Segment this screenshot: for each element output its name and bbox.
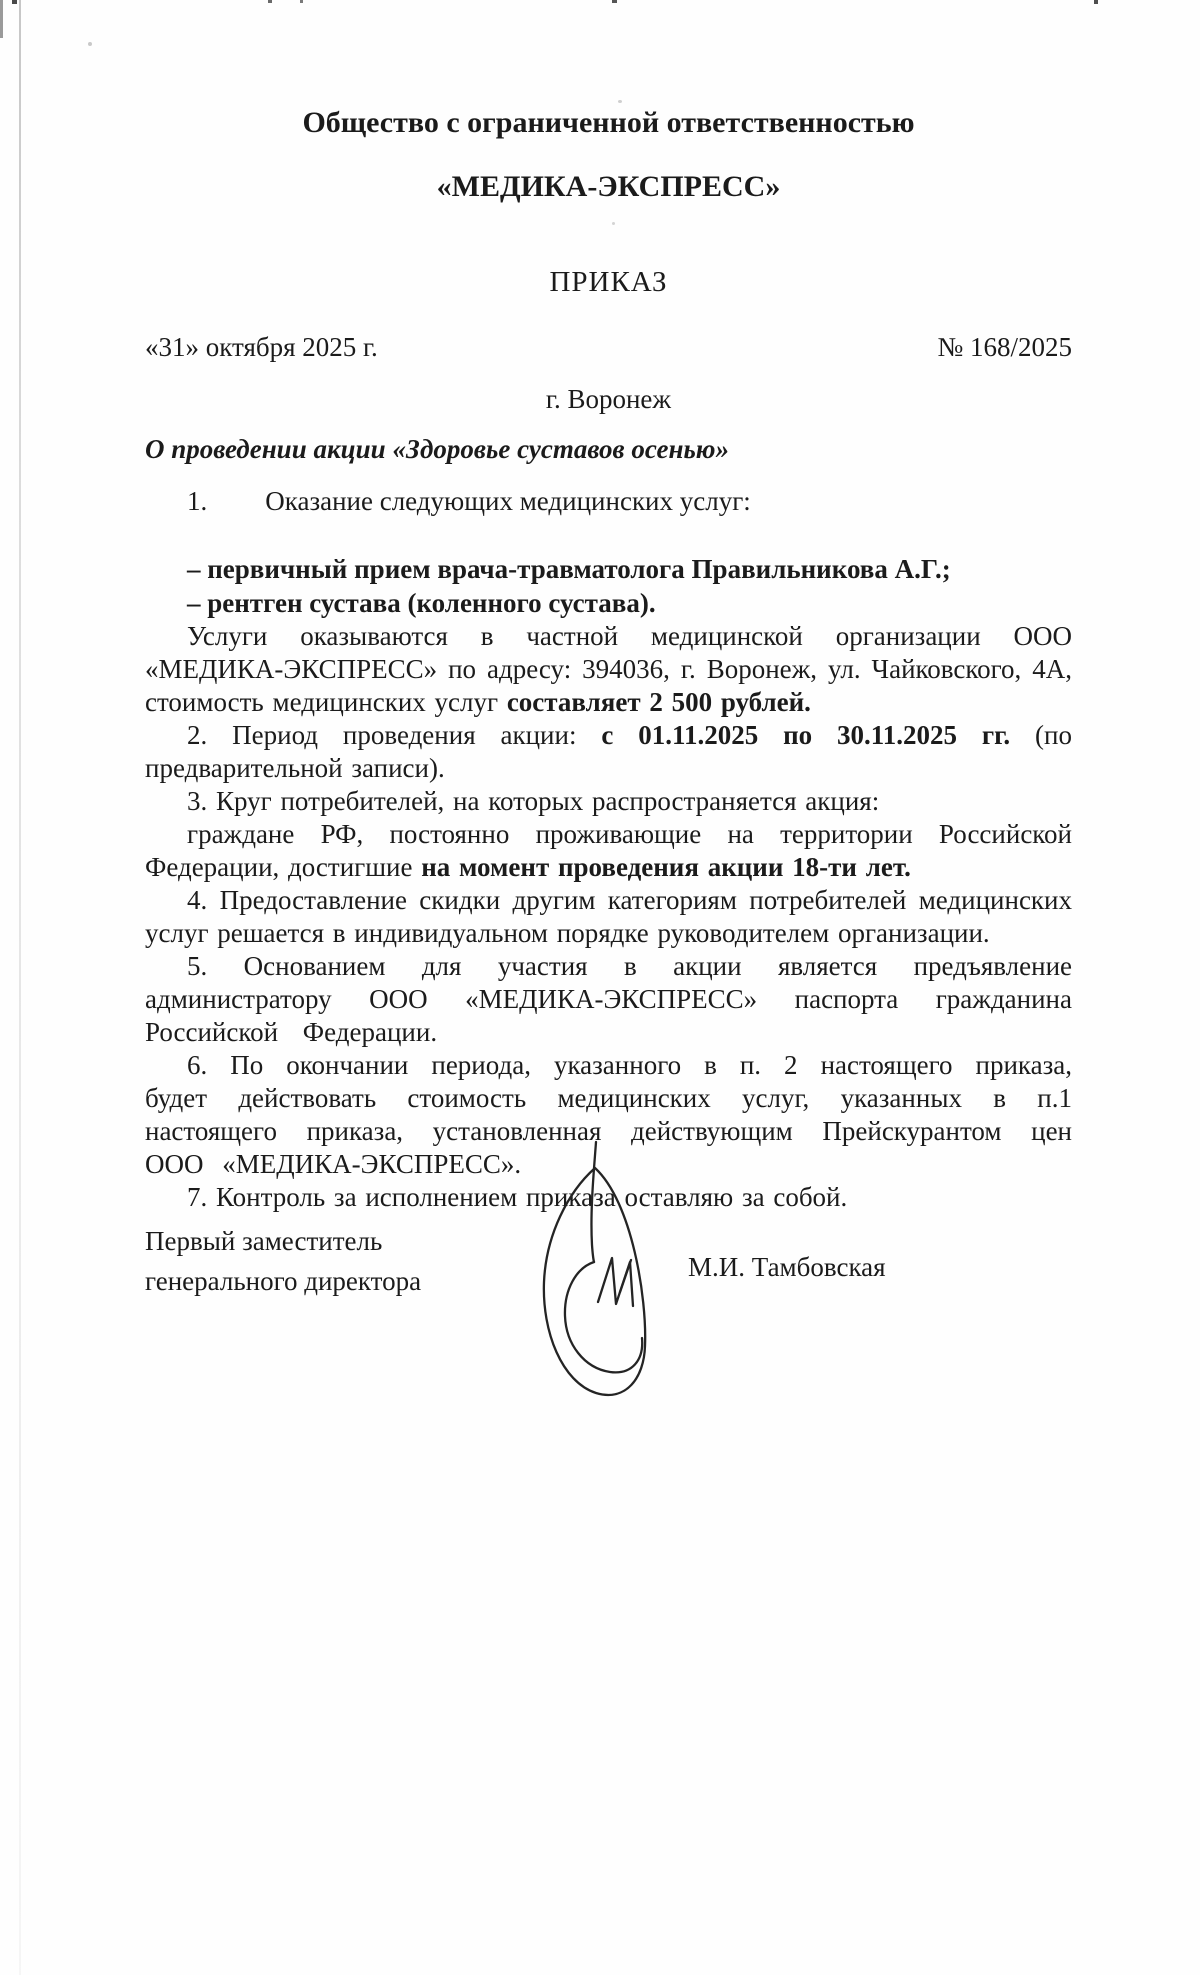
subject-line: О проведении акции «Здоровье суставов ос… [145, 432, 1072, 466]
age-requirement-bold-text: на момент проведения акции 18-ти лет. [421, 852, 911, 882]
scan-speck [12, 0, 17, 4]
document-date: «31» октября 2025 г. [145, 330, 378, 364]
signatory-title-line1: Первый заместитель [145, 1221, 421, 1261]
price-bold-text: составляет 2 500 рублей. [507, 687, 811, 717]
scan-speck [88, 42, 92, 46]
scan-speck [0, 0, 3, 38]
order-item-3-body: граждане РФ, постоянно проживающие на те… [145, 818, 1072, 884]
signatory-title: Первый заместитель генерального директор… [145, 1221, 421, 1301]
order-item-5: 5. Основанием для участия в акции являет… [145, 950, 1072, 1049]
service-bullet-2: – рентген сустава (коленного сустава). [145, 586, 1072, 620]
scan-edge-artifact [19, 0, 21, 1975]
promo-period-bold-text: с 01.11.2025 по 30.11.2025 гг. [601, 720, 1035, 750]
item-2-text: 2. Период проведения акции: [187, 720, 601, 750]
paragraph-services: Услуги оказываются в частной медицинской… [145, 620, 1072, 719]
document-number: № 168/2025 [937, 330, 1072, 364]
scanned-order-document: Общество с ограниченной ответственностью… [0, 0, 1200, 1975]
signatory-title-line2: генерального директора [145, 1261, 421, 1301]
scan-speck [1094, 0, 1098, 4]
order-item-4: 4. Предоставление скидки другим категори… [145, 884, 1072, 950]
signature-scribble [532, 1140, 654, 1412]
date-number-row: «31» октября 2025 г. № 168/2025 [145, 330, 1072, 364]
item-1-text: Оказание следующих медицинских услуг: [265, 486, 751, 516]
order-item-1: 1.Оказание следующих медицинских услуг: [145, 484, 1072, 518]
org-name-line2: «МЕДИКА-ЭКСПРЕСС» [145, 168, 1072, 206]
signatory-name: М.И. Тамбовская [688, 1250, 886, 1284]
service-bullet-1: – первичный прием врача-травматолога Пра… [145, 552, 1072, 586]
order-item-3-head: 3. Круг потребителей, на которых распрос… [145, 785, 1072, 818]
city-line: г. Воронеж [145, 382, 1072, 416]
order-item-2: 2. Период проведения акции: с 01.11.2025… [145, 719, 1072, 785]
org-name-line1: Общество с ограниченной ответственностью [145, 104, 1072, 142]
item-1-number: 1. [187, 486, 207, 516]
document-body: Общество с ограниченной ответственностью… [145, 0, 1072, 1214]
document-type-title: ПРИКАЗ [145, 264, 1072, 300]
